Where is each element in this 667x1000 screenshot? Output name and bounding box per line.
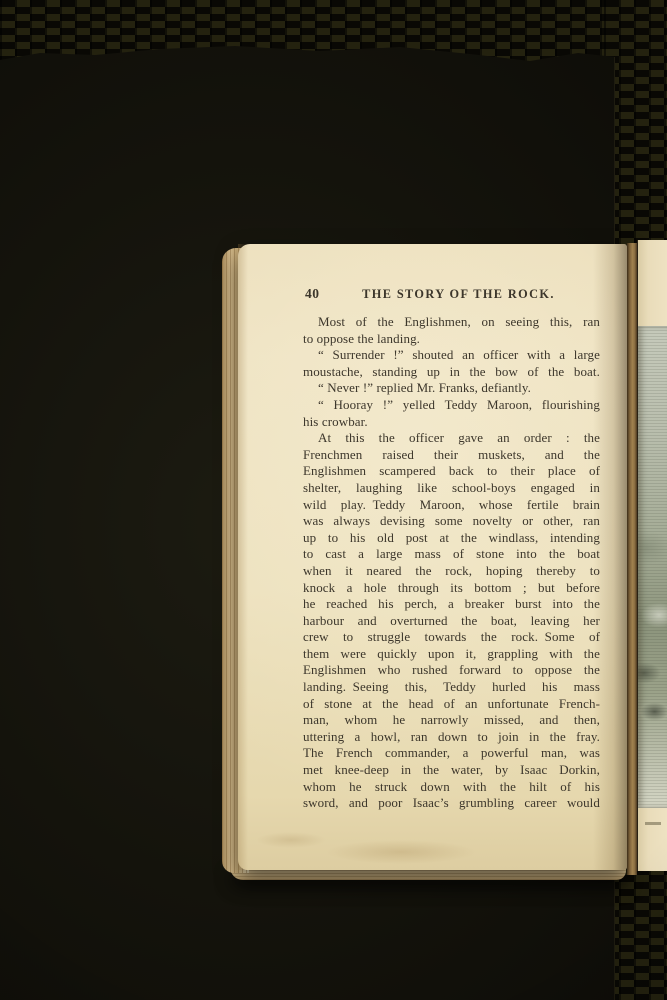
text-line: At this the officer gave an order : the: [303, 430, 600, 447]
text-line: knock a hole through its bottom ; but be…: [303, 580, 600, 597]
page-stain: [326, 840, 476, 864]
text-line: to oppose the landing.: [303, 331, 600, 348]
text-line: whom he struck down with the hilt of his: [303, 779, 600, 796]
text-line: his crowbar.: [303, 414, 600, 431]
text-line: moustache, standing up in the bow of the…: [303, 364, 600, 381]
text-line: uttering a howl, ran down to join in the…: [303, 729, 600, 746]
text-line: wild play. Teddy Maroon, whose fertile b…: [303, 497, 600, 514]
illustration-caption-mark: [645, 822, 661, 825]
text-line: “ Surrender !” shouted an officer with a…: [303, 347, 600, 364]
text-line: up to his old post at the windlass, inte…: [303, 530, 600, 547]
next-page-sliver: [637, 240, 667, 871]
text-line: Englishmen scampered back to their place…: [303, 463, 600, 480]
book-scan-photo: 40 THE STORY OF THE ROCK. Most of the En…: [0, 0, 667, 1000]
text-line: shelter, laughing like school-boys engag…: [303, 480, 600, 497]
text-line: of stone at the head of an unfortunate F…: [303, 696, 600, 713]
text-line: crew to struggle towards the rock. Some …: [303, 629, 600, 646]
page-stain: [256, 832, 326, 848]
text-line: harbour and overturned the boat, leaving…: [303, 613, 600, 630]
text-line: The French commander, a powerful man, wa…: [303, 745, 600, 762]
text-line: “ Never !” replied Mr. Franks, defiantly…: [303, 380, 600, 397]
page-header: 40 THE STORY OF THE ROCK.: [303, 286, 600, 304]
book-spine-gutter: [627, 243, 637, 875]
text-line: Most of the Englishmen, on seeing this, …: [303, 314, 600, 331]
page-left-shade: [238, 244, 248, 870]
text-line: was always devising some novelty or othe…: [303, 513, 600, 530]
open-book: 40 THE STORY OF THE ROCK. Most of the En…: [222, 243, 667, 883]
text-line: he reached his perch, a breaker burst in…: [303, 596, 600, 613]
next-page-illustration: [638, 326, 667, 808]
text-line: them were quickly upon it, grappling wit…: [303, 646, 600, 663]
text-line: Englishmen who rushed forward to oppose …: [303, 662, 600, 679]
running-title: THE STORY OF THE ROCK.: [303, 287, 600, 302]
text-line: met knee-deep in the water, by Isaac Dor…: [303, 762, 600, 779]
body-text: Most of the Englishmen, on seeing this, …: [303, 314, 600, 812]
text-line: sword, and poor Isaac’s grumbling career…: [303, 795, 600, 812]
book-page: 40 THE STORY OF THE ROCK. Most of the En…: [238, 244, 627, 870]
text-line: landing. Seeing this, Teddy hurled his m…: [303, 679, 600, 696]
text-line: “ Hooray !” yelled Teddy Maroon, flouris…: [303, 397, 600, 414]
text-line: man, whom he narrowly missed, and then,: [303, 712, 600, 729]
text-line: Frenchmen raised their muskets, and the: [303, 447, 600, 464]
text-line: to cast a large mass of stone into the b…: [303, 546, 600, 563]
text-line: when it neared the rock, hoping thereby …: [303, 563, 600, 580]
